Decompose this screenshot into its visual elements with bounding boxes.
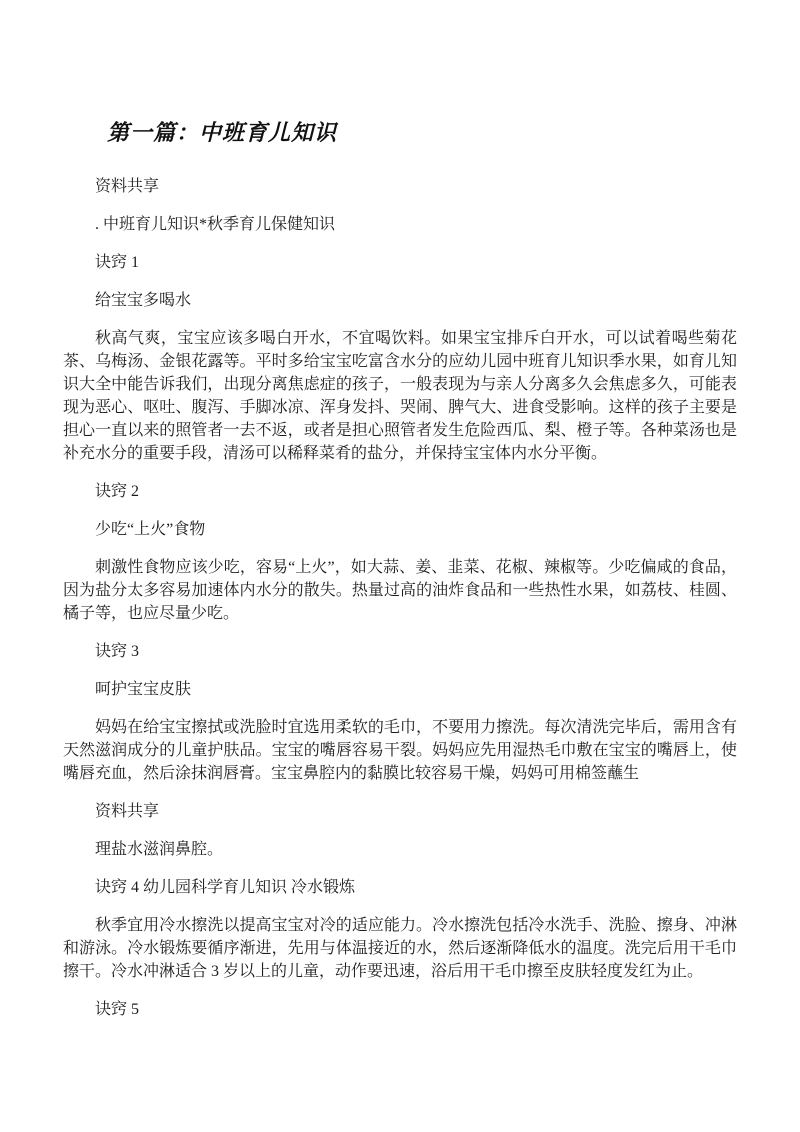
paragraph-tip-1-body: 秋高气爽，宝宝应该多喝白开水，不宜喝饮料。如果宝宝排斥白开水，可以试着喝些菊花茶… — [63, 327, 737, 465]
paragraph-tip-3-body: 妈妈在给宝宝擦拭或洗脸时宜选用柔软的毛巾，不要用力擦洗。每次清洗完毕后，需用含有… — [63, 716, 737, 785]
paragraph-tip-2-body: 刺激性食物应该少吃，容易“上火”，如大蒜、姜、韭菜、花椒、辣椒等。少吃偏咸的食品… — [63, 556, 737, 625]
paragraph-tip-5-heading: 诀窍 5 — [63, 998, 737, 1021]
paragraph-share-label-2: 资料共享 — [63, 800, 737, 823]
paragraph-tip-1-heading: 诀窍 1 — [63, 251, 737, 274]
paragraph-tip-2-subheading: 少吃“上火”食物 — [63, 518, 737, 541]
document-title: 第一篇：中班育儿知识 — [63, 118, 737, 148]
paragraph-tip-3-heading: 诀窍 3 — [63, 640, 737, 663]
paragraph-tip-4-body: 秋季宜用冷水擦洗以提高宝宝对冷的适应能力。冷水擦洗包括冷水洗手、洗脸、擦身、冲淋… — [63, 914, 737, 983]
paragraph-subtitle: . 中班育儿知识*秋季育儿保健知识 — [63, 213, 737, 236]
paragraph-share-label: 资料共享 — [63, 175, 737, 198]
paragraph-tip-4-heading: 诀窍 4 幼儿园科学育儿知识 冷水锻炼 — [63, 876, 737, 899]
paragraph-tip-2-heading: 诀窍 2 — [63, 480, 737, 503]
paragraph-tip-3-subheading: 呵护宝宝皮肤 — [63, 678, 737, 701]
paragraph-tip-3-body-continued: 理盐水滋润鼻腔。 — [63, 838, 737, 861]
paragraph-tip-1-subheading: 给宝宝多喝水 — [63, 289, 737, 312]
document-page: 第一篇：中班育儿知识 资料共享 . 中班育儿知识*秋季育儿保健知识 诀窍 1 给… — [0, 0, 800, 1132]
